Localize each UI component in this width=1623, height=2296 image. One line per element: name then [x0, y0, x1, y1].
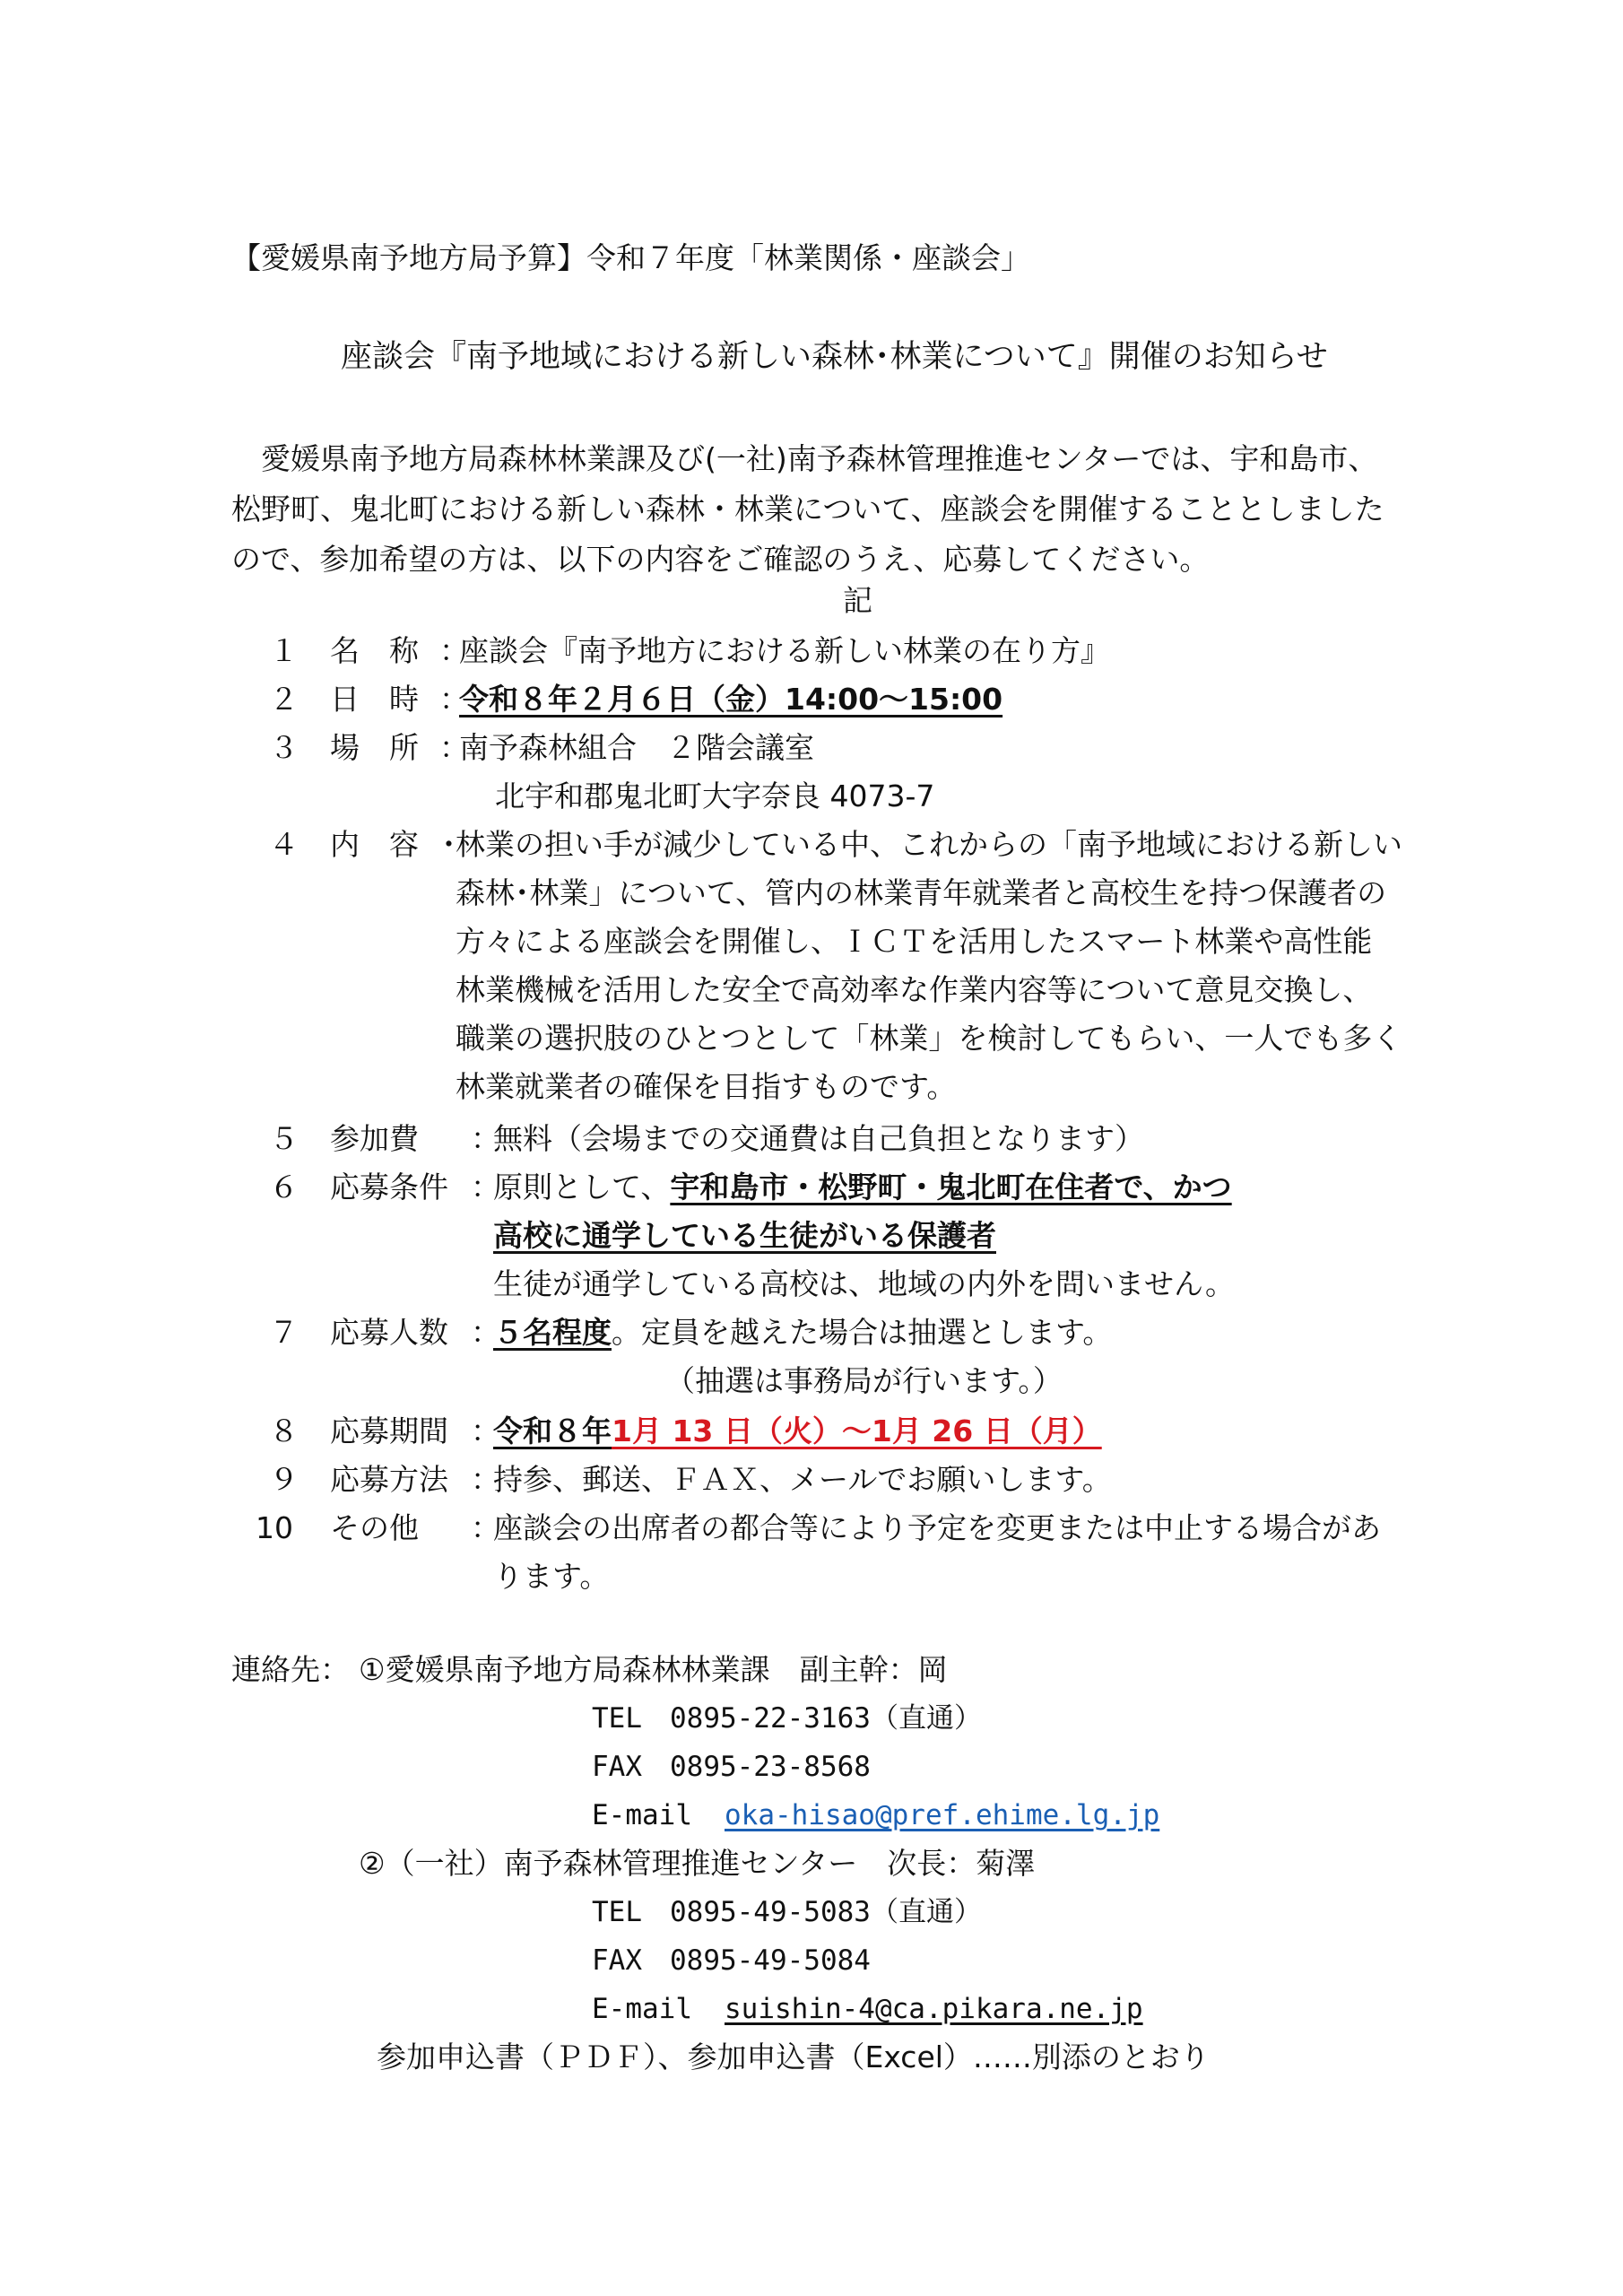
item-label: 応募人数 [330, 1315, 448, 1351]
item-value-prefix: 原則として、 [493, 1170, 670, 1205]
item-value-line: 林業機械を活用した安全で高効率な作業内容等について意見交換し、 [456, 972, 1372, 1008]
item-value-emphasis: ５名程度 [493, 1315, 612, 1350]
contact-label: 連絡先： [231, 1652, 350, 1688]
contact-org: ①愛媛県南予地方局森林林業課 副主幹：岡 [359, 1652, 948, 1688]
contact-email-link[interactable]: oka-hisao@pref.ehime.lg.jp [725, 1797, 1159, 1833]
item-value-line: 座談会の出席者の都合等により予定を変更または中止する場合があ [493, 1510, 1381, 1546]
item-capacity: ７ 応募人数 ： ５名程度。定員を越えた場合は抽選とします。 [0, 1315, 1623, 1365]
item-conditions: ６ 応募条件 ： 原則として、宇和島市・松野町・鬼北町在住者で、かつ [0, 1170, 1623, 1220]
item-number: ２ [269, 682, 305, 717]
item-number: １ [269, 633, 305, 669]
document-title: 座談会『南予地域における新しい森林･林業について』開催のお知らせ [341, 339, 1328, 375]
contact-1: 連絡先： ①愛媛県南予地方局森林林業課 副主幹：岡 [0, 1652, 1623, 1702]
item-other: 10 その他 ： 座談会の出席者の都合等により予定を変更または中止する場合があ [0, 1510, 1623, 1561]
contact-2: ②（一社）南予森林管理推進センター 次長：菊澤 [0, 1846, 1623, 1896]
item-number: ８ [269, 1413, 305, 1449]
item-method: ９ 応募方法 ： 持参、郵送、ＦＡＸ、メールでお願いします。 [0, 1462, 1623, 1512]
item-label: 名 称 [330, 633, 419, 669]
item-value-year: 令和８年 [493, 1413, 612, 1448]
contact-fax: FAX 0895-23-8568 [592, 1749, 871, 1785]
item-label: 応募条件 [330, 1170, 448, 1205]
item-value-emphasis: 高校に通学している生徒がいる保護者 [493, 1218, 996, 1254]
item-number: ５ [269, 1121, 305, 1157]
contact-email-link[interactable]: suishin-4@ca.pikara.ne.jp [725, 1991, 1143, 2027]
item-value: 持参、郵送、ＦＡＸ、メールでお願いします。 [493, 1462, 1112, 1498]
item-number: ３ [269, 730, 305, 766]
contact-email-label: E-mail [592, 1797, 692, 1833]
item-value-line: ります。 [493, 1559, 609, 1595]
item-number: ９ [269, 1462, 305, 1498]
intro-line: 愛媛県南予地方局森林林業課及び(一社)南予森林管理推進センターでは、宇和島市、 [231, 434, 1487, 484]
item-value-line: 職業の選択肢のひとつとして「林業」を検討してもらい、一人でも多く [456, 1021, 1402, 1057]
contact-org: ②（一社）南予森林管理推進センター 次長：菊澤 [359, 1846, 1035, 1882]
contact-fax: FAX 0895-49-5084 [592, 1943, 871, 1979]
item-label: 応募方法 [330, 1462, 448, 1498]
intro-line: 松野町、鬼北町における新しい森林・林業について、座談会を開催することとしました [231, 484, 1487, 535]
contact-tel: TEL 0895-49-5083（直通） [592, 1894, 982, 1930]
item-place: ３ 場 所 ： 南予森林組合 ２階会議室 [0, 730, 1623, 780]
item-place-address: 北宇和郡鬼北町大字奈良 4073-7 [0, 778, 1623, 829]
item-value-emphasis: 宇和島市・松野町・鬼北町在住者で、かつ [670, 1170, 1231, 1205]
intro-line: ので、参加希望の方は、以下の内容をご確認のうえ、応募してください。 [231, 535, 1487, 585]
item-label: 日 時 [330, 682, 419, 717]
item-value-line: 林業就業者の確保を目指すものです。 [456, 1069, 956, 1105]
item-number: ６ [269, 1170, 305, 1205]
item-number: ７ [269, 1315, 305, 1351]
ki-heading: 記 [843, 583, 872, 619]
item-label: 場 所 [330, 730, 419, 766]
item-value-line: 森林･林業」について、管内の林業青年就業者と高校生を持つ保護者の [456, 875, 1386, 911]
item-content: ４ 内 容 ・ 林業の担い手が減少している中、これからの「南予地域における新しい [0, 827, 1623, 877]
item-value-line: 林業の担い手が減少している中、これからの「南予地域における新しい [456, 827, 1402, 863]
item-name: １ 名 称 ： 座談会『南予地方における新しい林業の在り方』 [0, 633, 1623, 683]
item-value-line: 方々による座談会を開催し、ＩＣＴを活用したスマート林業や高性能 [456, 924, 1372, 960]
item-datetime: ２ 日 時 ： 令和８年２月６日（金）14:00～15:00 [0, 682, 1623, 732]
item-value-datetime: 令和８年２月６日（金）14:00～15:00 [459, 682, 1002, 717]
address: 北宇和郡鬼北町大字奈良 4073-7 [495, 778, 934, 814]
item-label: 参加費 [330, 1121, 419, 1157]
item-number: 10 [256, 1510, 291, 1546]
item-value: 無料（会場までの交通費は自己負担となります） [493, 1121, 1144, 1157]
item-value-note: 生徒が通学している高校は、地域の内外を問いません。 [493, 1266, 1235, 1302]
intro-paragraph: 愛媛県南予地方局森林林業課及び(一社)南予森林管理推進センターでは、宇和島市、 … [231, 434, 1487, 585]
item-value: 座談会『南予地方における新しい林業の在り方』 [459, 633, 1110, 669]
contact-email-label: E-mail [592, 1991, 692, 2027]
item-value: 南予森林組合 ２階会議室 [459, 730, 814, 766]
item-number: ４ [269, 827, 305, 863]
item-value-rest: 。定員を越えた場合は抽選とします。 [612, 1315, 1112, 1350]
contact-tel: TEL 0895-22-3163（直通） [592, 1700, 982, 1736]
item-label: 内 容 [330, 827, 419, 863]
item-value-dates: 1月 13 日（火）～1月 26 日（月） [612, 1413, 1102, 1448]
attachments-note: 参加申込書（ＰＤＦ）、参加申込書（Excel）……別添のとおり [377, 2039, 1210, 2075]
document-header: 【愛媛県南予地方局予算】令和７年度「林業関係・座談会」 [231, 240, 1030, 276]
item-fee: ５ 参加費 ： 無料（会場までの交通費は自己負担となります） [0, 1121, 1623, 1171]
item-period: ８ 応募期間 ： 令和８年1月 13 日（火）～1月 26 日（月） [0, 1413, 1623, 1464]
item-label: 応募期間 [330, 1413, 448, 1449]
item-value-note: （抽選は事務局が行います。） [665, 1363, 1063, 1399]
item-label: その他 [330, 1510, 419, 1546]
